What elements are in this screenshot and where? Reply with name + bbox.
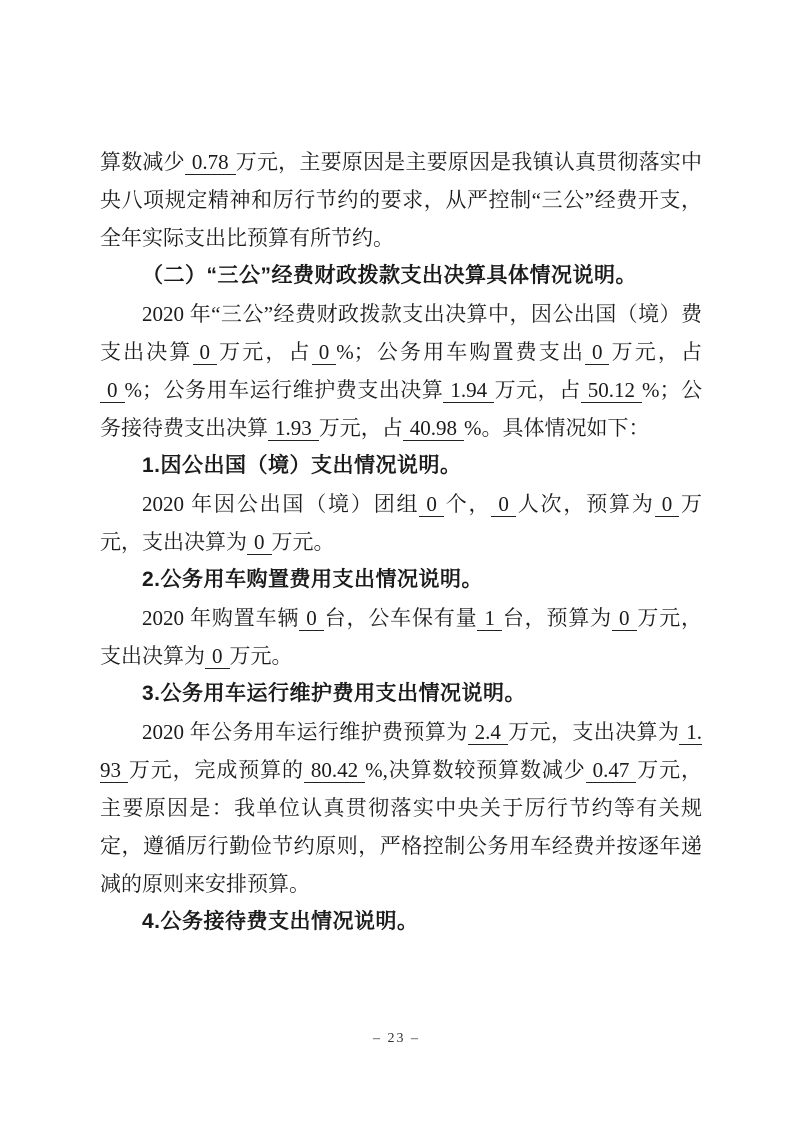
text-run: 2020 年公务用车运行维护费预算为 (142, 720, 468, 744)
underlined-value: 0 (585, 340, 610, 365)
text-run: 万元，占 (319, 416, 403, 440)
para-item-1-abroad: 2020 年因公出国（境）团组0个，0人次，预算为0万元，支出决算为0万元。 (100, 485, 702, 561)
underlined-value: 40.98 (403, 416, 464, 441)
underlined-value: 2.4 (468, 720, 508, 745)
text-run: 个， (444, 492, 492, 516)
text-run: 人次，预算为 (516, 492, 655, 516)
text-run: 算数减少 (100, 150, 185, 174)
text-run: %；公务用车运行维护费支出决算 (125, 378, 444, 402)
text-run: 2020 年购置车辆 (142, 606, 299, 630)
underlined-value: 0.47 (586, 758, 637, 783)
text-run: 万元。 (272, 530, 335, 554)
para-three-public-summary: 2020 年“三公”经费财政拨款支出决算中，因公出国（境）费支出决算0万元，占0… (100, 295, 702, 447)
heading-item-2-vehicle-purchase: 2.公务用车购置费用支出情况说明。 (100, 561, 702, 599)
para-item-3-vehicle-maintenance: 2020 年公务用车运行维护费预算为2.4万元，支出决算为1.93万元，完成预算… (100, 713, 702, 903)
text-run: 2020 年因公出国（境）团组 (142, 492, 419, 516)
heading-item-3-vehicle-maintenance: 3.公务用车运行维护费用支出情况说明。 (100, 675, 702, 713)
text-run: 万元，占 (217, 340, 312, 364)
text-run: 万元。 (230, 644, 293, 668)
underlined-value: 1.93 (268, 416, 319, 441)
underlined-value: 0 (491, 492, 516, 517)
underlined-value: 1 (477, 606, 502, 631)
text-run: 台，预算为 (502, 606, 612, 630)
underlined-value: 0 (100, 378, 125, 403)
underlined-value: 0 (247, 530, 272, 555)
document-body: 算数减少0.78万元，主要原因是主要原因是我镇认真贯彻落实中央八项规定精神和厉行… (100, 143, 702, 941)
document-page: 算数减少0.78万元，主要原因是主要原因是我镇认真贯彻落实中央八项规定精神和厉行… (0, 0, 793, 1122)
underlined-value: 0 (419, 492, 444, 517)
underlined-value: 1.94 (443, 378, 494, 403)
underlined-value: 0 (299, 606, 324, 631)
para-item-2-vehicle-purchase: 2020 年购置车辆0台，公车保有量1台，预算为0万元，支出决算为0万元。 (100, 599, 702, 675)
heading-item-4-reception: 4.公务接待费支出情况说明。 (100, 903, 702, 941)
heading-section-2: （二）“三公”经费财政拨款支出决算具体情况说明。 (100, 257, 702, 295)
text-run: 万元，占 (494, 378, 581, 402)
page-number: – 23 – (0, 1031, 793, 1047)
underlined-value: 0 (205, 644, 230, 669)
text-run: %,决算数较预算数减少 (365, 758, 586, 782)
heading-item-1-abroad: 1.因公出国（境）支出情况说明。 (100, 447, 702, 485)
text-run: 4.公务接待费支出情况说明。 (142, 910, 419, 933)
text-run: 万元，支出决算为 (508, 720, 679, 744)
text-run: （二）“三公”经费财政拨款支出决算具体情况说明。 (142, 264, 637, 287)
text-run: 1.因公出国（境）支出情况说明。 (142, 454, 462, 477)
underlined-value: 0 (655, 492, 680, 517)
underlined-value: 80.42 (304, 758, 365, 783)
underlined-value: 0.78 (185, 150, 236, 175)
text-run: 2.公务用车购置费用支出情况说明。 (142, 568, 483, 591)
text-run: 3.公务用车运行维护费用支出情况说明。 (142, 682, 526, 705)
para-carryover: 算数减少0.78万元，主要原因是主要原因是我镇认真贯彻落实中央八项规定精神和厉行… (100, 143, 702, 257)
underlined-value: 50.12 (581, 378, 642, 403)
text-run: 万元，完成预算的 (128, 758, 304, 782)
underlined-value: 0 (612, 606, 637, 631)
text-run: 台，公车保有量 (324, 606, 478, 630)
text-run: 万元，占 (609, 340, 702, 364)
underlined-value: 0 (312, 340, 337, 365)
underlined-value: 0 (193, 340, 218, 365)
text-run: %。具体情况如下： (464, 416, 650, 440)
text-run: %；公务用车购置费支出 (336, 340, 585, 364)
